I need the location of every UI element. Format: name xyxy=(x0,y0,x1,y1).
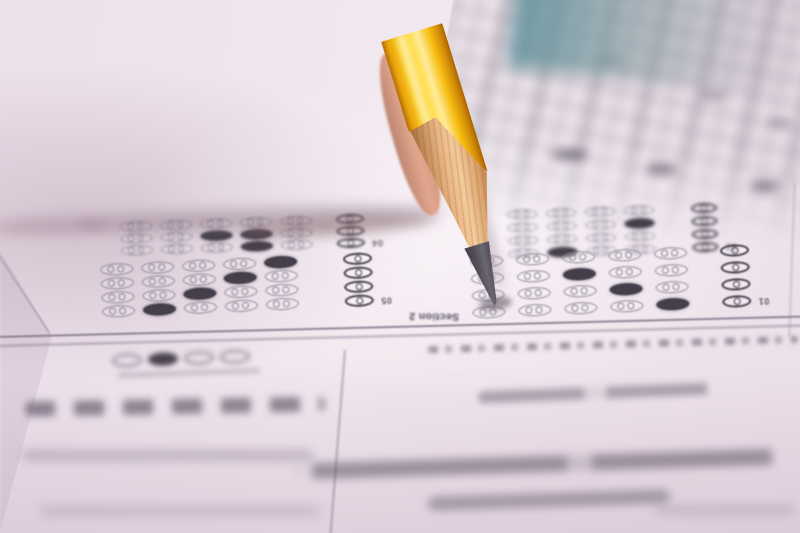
blurred-bubble-filled xyxy=(148,352,178,366)
answer-bubble-filled xyxy=(656,297,689,310)
answer-bubble xyxy=(281,239,313,250)
blurred-faint-text xyxy=(655,505,795,515)
answer-bubble-filled xyxy=(241,241,273,252)
blurred-filled-bubble xyxy=(768,118,792,128)
answer-bubble xyxy=(160,231,192,242)
answer-bubble-filled xyxy=(200,230,232,241)
answer-bubble-filled xyxy=(183,287,216,300)
answer-bubble-filled xyxy=(609,283,642,296)
blurred-faint-text xyxy=(22,450,314,461)
blurred-filled-bubble xyxy=(750,180,780,192)
answer-bubble xyxy=(266,297,299,310)
question-number: 01 xyxy=(758,295,769,304)
answer-bubble-filled xyxy=(624,218,654,229)
answer-bubble-bold xyxy=(343,266,372,279)
blurred-bubble xyxy=(184,351,214,365)
answer-bubble xyxy=(546,208,576,219)
answer-bubble xyxy=(586,232,616,243)
answer-bubble xyxy=(624,205,654,216)
question-number: 05 xyxy=(381,295,392,304)
answer-bubble xyxy=(184,301,217,314)
answer-bubble-bold xyxy=(344,280,373,293)
answer-bubble-bold xyxy=(692,229,718,240)
question-number: 04 xyxy=(372,237,383,246)
answer-bubble xyxy=(547,234,577,245)
answer-bubble xyxy=(608,249,641,262)
answer-bubble xyxy=(546,221,576,232)
answer-bubble xyxy=(223,257,256,270)
answer-bubble xyxy=(142,275,175,288)
answer-bubble xyxy=(654,247,687,260)
answer-bubble-filled xyxy=(143,303,176,316)
answer-bubble xyxy=(101,277,134,290)
answer-bubble xyxy=(610,299,643,312)
answer-bubble-bold xyxy=(720,244,749,257)
answer-bubble xyxy=(563,285,596,298)
answer-bubble-bold xyxy=(345,294,374,307)
answer-bubble xyxy=(201,242,233,253)
answer-bubble xyxy=(655,281,688,294)
blurred-bubble xyxy=(112,353,142,367)
answer-bubble xyxy=(585,206,615,217)
answer-bubble xyxy=(121,245,153,256)
answer-bubble xyxy=(224,285,257,298)
answer-bubble xyxy=(518,304,551,317)
answer-bubble xyxy=(564,301,597,314)
answer-bubble xyxy=(102,305,135,318)
answer-bubble xyxy=(609,266,642,279)
answer-bubble-bold xyxy=(721,261,750,274)
answer-bubble-bold xyxy=(691,203,717,214)
answer-bubble-bold xyxy=(722,295,751,308)
photo-scene: 04020501 Section 2 xyxy=(0,0,800,533)
answer-bubble xyxy=(507,209,537,220)
answer-bubble-bold xyxy=(337,237,365,248)
blurred-filled-bubble xyxy=(646,163,677,175)
answer-bubble xyxy=(625,231,655,242)
answer-bubble xyxy=(141,261,174,274)
answer-bubble xyxy=(562,251,595,264)
answer-bubble xyxy=(585,219,615,230)
answer-bubble xyxy=(142,289,175,302)
blurred-faint-text xyxy=(40,506,320,516)
answer-bubble-bold xyxy=(721,278,750,291)
answer-bubble xyxy=(655,264,688,277)
answer-bubble xyxy=(101,291,134,304)
answer-bubble xyxy=(161,243,193,254)
answer-bubble xyxy=(225,299,258,312)
answer-bubble-bold xyxy=(691,216,717,227)
answer-bubble xyxy=(265,283,298,296)
blurred-filled-bubble xyxy=(700,90,726,101)
answer-bubble-filled xyxy=(563,268,596,281)
answer-bubble xyxy=(183,273,216,286)
answer-bubble-filled xyxy=(264,255,297,268)
answer-bubble xyxy=(264,269,297,282)
blurred-bubble xyxy=(220,350,250,364)
answer-bubble-filled xyxy=(223,271,256,284)
answer-bubble-bold xyxy=(343,252,372,265)
answer-bubble xyxy=(120,233,152,244)
answer-bubble xyxy=(182,259,215,272)
answer-bubble xyxy=(100,263,133,276)
blurred-filled-bubble xyxy=(552,148,588,161)
